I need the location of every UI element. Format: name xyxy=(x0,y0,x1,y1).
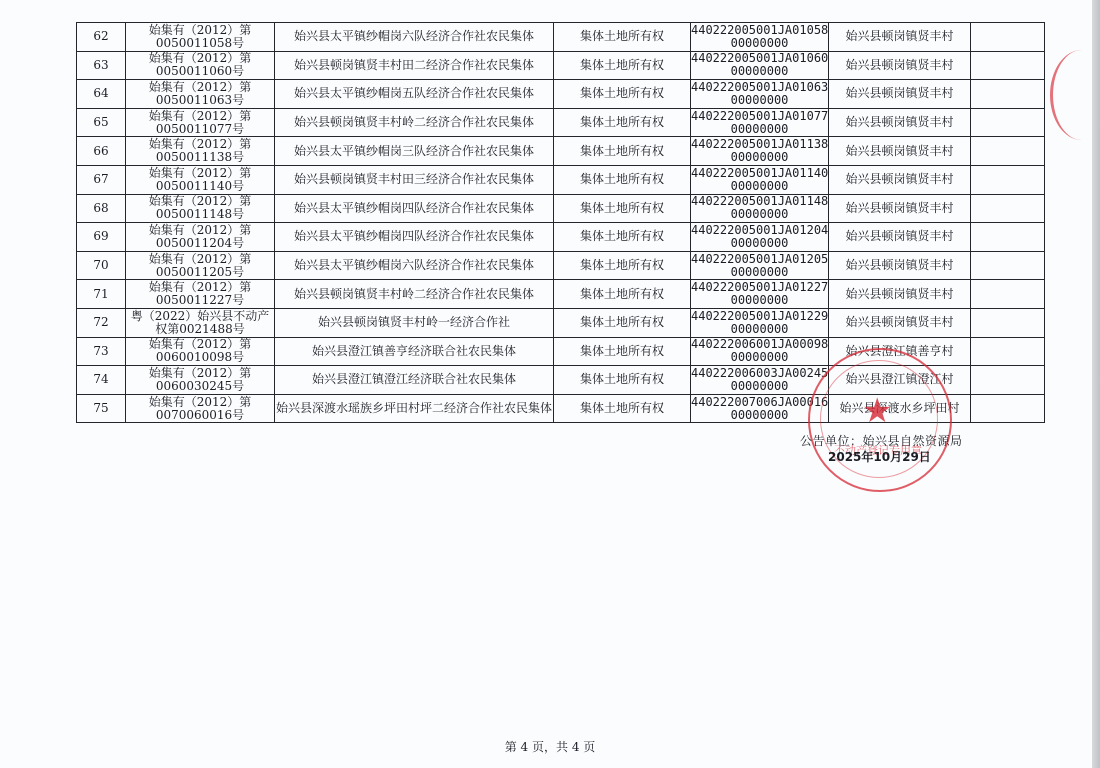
row-number: 73 xyxy=(77,337,126,366)
owner-name: 始兴县深渡水瑶族乡坪田村坪二经济合作社农民集体 xyxy=(275,394,554,423)
certificate-number: 始集有（2012）第 0070060016号 xyxy=(126,394,275,423)
remark xyxy=(971,51,1045,80)
land-ownership-table: 62 始集有（2012）第 0050011058号 始兴县太平镇纱帽岗六队经济合… xyxy=(76,22,1045,423)
certificate-number: 始集有（2012）第 0050011138号 xyxy=(126,137,275,166)
owner-name: 始兴县太平镇纱帽岗三队经济合作社农民集体 xyxy=(275,137,554,166)
certificate-number: 始集有（2012）第 0050011060号 xyxy=(126,51,275,80)
remark xyxy=(971,223,1045,252)
certificate-number: 始集有（2012）第 0050011058号 xyxy=(126,23,275,52)
owner-name: 始兴县澄江镇善亨经济联合社农民集体 xyxy=(275,337,554,366)
certificate-number: 粤（2022）始兴县不动产 权第0021488号 xyxy=(126,308,275,337)
location: 始兴县顿岗镇贤丰村 xyxy=(829,251,971,280)
row-number: 69 xyxy=(77,223,126,252)
table-row: 66 始集有（2012）第 0050011138号 始兴县太平镇纱帽岗三队经济合… xyxy=(77,137,1045,166)
remark xyxy=(971,280,1045,309)
unit-code: 440222005001JA01227W 00000000 xyxy=(691,280,829,309)
unit-code: 440222005001JA01205W 00000000 xyxy=(691,251,829,280)
announcing-unit: 公告单位：始兴县自然资源局 xyxy=(800,432,963,449)
row-number: 63 xyxy=(77,51,126,80)
location: 始兴县顿岗镇贤丰村 xyxy=(829,108,971,137)
row-number: 64 xyxy=(77,80,126,109)
certificate-number: 始集有（2012）第 0060010098号 xyxy=(126,337,275,366)
row-number: 75 xyxy=(77,394,126,423)
right-type: 集体土地所有权 xyxy=(554,165,691,194)
certificate-number: 始集有（2012）第 0050011063号 xyxy=(126,80,275,109)
remark xyxy=(971,108,1045,137)
page-indicator: 第 4 页，共 4 页 xyxy=(0,738,1100,755)
row-number: 68 xyxy=(77,194,126,223)
right-type: 集体土地所有权 xyxy=(554,51,691,80)
right-type: 集体土地所有权 xyxy=(554,280,691,309)
table-row: 70 始集有（2012）第 0050011205号 始兴县太平镇纱帽岗六队经济合… xyxy=(77,251,1045,280)
row-number: 67 xyxy=(77,165,126,194)
remark xyxy=(971,366,1045,395)
unit-code: 440222005001JA01063W 00000000 xyxy=(691,80,829,109)
location: 始兴县顿岗镇贤丰村 xyxy=(829,51,971,80)
unit-code: 440222005001JA01140W 00000000 xyxy=(691,165,829,194)
owner-name: 始兴县顿岗镇贤丰村岭二经济合作社农民集体 xyxy=(275,108,554,137)
unit-code: 440222006001JA00098W 00000000 xyxy=(691,337,829,366)
remark xyxy=(971,251,1045,280)
unit-code: 440222005001JA01077W 00000000 xyxy=(691,108,829,137)
owner-name: 始兴县太平镇纱帽岗四队经济合作社农民集体 xyxy=(275,194,554,223)
row-number: 74 xyxy=(77,366,126,395)
right-type: 集体土地所有权 xyxy=(554,23,691,52)
certificate-number: 始集有（2012）第 0050011205号 xyxy=(126,251,275,280)
unit-code: 440222005001JA01204W 00000000 xyxy=(691,223,829,252)
right-type: 集体土地所有权 xyxy=(554,137,691,166)
unit-code: 440222007006JA00016W 00000000 xyxy=(691,394,829,423)
location: 始兴县顿岗镇贤丰村 xyxy=(829,80,971,109)
row-number: 70 xyxy=(77,251,126,280)
unit-code: 440222005001JA01058W 00000000 xyxy=(691,23,829,52)
right-type: 集体土地所有权 xyxy=(554,394,691,423)
announcement-date: 2025年10月29日 xyxy=(828,448,931,465)
table-row: 62 始集有（2012）第 0050011058号 始兴县太平镇纱帽岗六队经济合… xyxy=(77,23,1045,52)
location: 始兴县顿岗镇贤丰村 xyxy=(829,308,971,337)
table-row: 69 始集有（2012）第 0050011204号 始兴县太平镇纱帽岗四队经济合… xyxy=(77,223,1045,252)
remark xyxy=(971,308,1045,337)
owner-name: 始兴县太平镇纱帽岗六队经济合作社农民集体 xyxy=(275,23,554,52)
location: 始兴县顿岗镇贤丰村 xyxy=(829,194,971,223)
right-type: 集体土地所有权 xyxy=(554,251,691,280)
table-row: 68 始集有（2012）第 0050011148号 始兴县太平镇纱帽岗四队经济合… xyxy=(77,194,1045,223)
right-type: 集体土地所有权 xyxy=(554,223,691,252)
location: 始兴县顿岗镇贤丰村 xyxy=(829,165,971,194)
scan-edge-shadow xyxy=(1092,0,1100,768)
owner-name: 始兴县顿岗镇贤丰村岭一经济合作社 xyxy=(275,308,554,337)
location: 始兴县顿岗镇贤丰村 xyxy=(829,280,971,309)
location: 始兴县顿岗镇贤丰村 xyxy=(829,23,971,52)
right-type: 集体土地所有权 xyxy=(554,366,691,395)
location: 始兴县澄江镇善亨村 xyxy=(829,337,971,366)
table-row: 71 始集有（2012）第 0050011227号 始兴县顿岗镇贤丰村岭二经济合… xyxy=(77,280,1045,309)
unit-code: 440222005001JA01138W 00000000 xyxy=(691,137,829,166)
location: 始兴县澄江镇澄江村 xyxy=(829,366,971,395)
remark xyxy=(971,137,1045,166)
table-body: 62 始集有（2012）第 0050011058号 始兴县太平镇纱帽岗六队经济合… xyxy=(77,23,1045,423)
remark xyxy=(971,80,1045,109)
table-row: 63 始集有（2012）第 0050011060号 始兴县顿岗镇贤丰村田二经济合… xyxy=(77,51,1045,80)
row-number: 65 xyxy=(77,108,126,137)
owner-name: 始兴县太平镇纱帽岗五队经济合作社农民集体 xyxy=(275,80,554,109)
right-type: 集体土地所有权 xyxy=(554,194,691,223)
row-number: 66 xyxy=(77,137,126,166)
row-number: 71 xyxy=(77,280,126,309)
owner-name: 始兴县顿岗镇贤丰村岭二经济合作社农民集体 xyxy=(275,280,554,309)
certificate-number: 始集有（2012）第 0050011140号 xyxy=(126,165,275,194)
right-type: 集体土地所有权 xyxy=(554,80,691,109)
table-row: 67 始集有（2012）第 0050011140号 始兴县顿岗镇贤丰村田三经济合… xyxy=(77,165,1045,194)
certificate-number: 始集有（2012）第 0050011077号 xyxy=(126,108,275,137)
unit-code: 440222005001JA01060W 00000000 xyxy=(691,51,829,80)
row-number: 72 xyxy=(77,308,126,337)
certificate-number: 始集有（2012）第 0050011204号 xyxy=(126,223,275,252)
owner-name: 始兴县太平镇纱帽岗四队经济合作社农民集体 xyxy=(275,223,554,252)
right-type: 集体土地所有权 xyxy=(554,337,691,366)
remark xyxy=(971,194,1045,223)
certificate-number: 始集有（2012）第 0050011227号 xyxy=(126,280,275,309)
unit-code: 440222005001JA01229W 00000000 xyxy=(691,308,829,337)
certificate-number: 始集有（2012）第 0050011148号 xyxy=(126,194,275,223)
right-type: 集体土地所有权 xyxy=(554,108,691,137)
table-row: 72 粤（2022）始兴县不动产 权第0021488号 始兴县顿岗镇贤丰村岭一经… xyxy=(77,308,1045,337)
owner-name: 始兴县顿岗镇贤丰村田二经济合作社农民集体 xyxy=(275,51,554,80)
unit-code: 440222005001JA01148W 00000000 xyxy=(691,194,829,223)
remark xyxy=(971,23,1045,52)
location: 始兴县顿岗镇贤丰村 xyxy=(829,137,971,166)
unit-code: 440222006003JA00245W 00000000 xyxy=(691,366,829,395)
table-row: 65 始集有（2012）第 0050011077号 始兴县顿岗镇贤丰村岭二经济合… xyxy=(77,108,1045,137)
owner-name: 始兴县澄江镇澄江经济联合社农民集体 xyxy=(275,366,554,395)
owner-name: 始兴县太平镇纱帽岗六队经济合作社农民集体 xyxy=(275,251,554,280)
table-row: 73 始集有（2012）第 0060010098号 始兴县澄江镇善亨经济联合社农… xyxy=(77,337,1045,366)
table-row: 64 始集有（2012）第 0050011063号 始兴县太平镇纱帽岗五队经济合… xyxy=(77,80,1045,109)
row-number: 62 xyxy=(77,23,126,52)
right-type: 集体土地所有权 xyxy=(554,308,691,337)
remark xyxy=(971,394,1045,423)
table-row: 74 始集有（2012）第 0060030245号 始兴县澄江镇澄江经济联合社农… xyxy=(77,366,1045,395)
location: 始兴县深渡水乡坪田村 xyxy=(829,394,971,423)
owner-name: 始兴县顿岗镇贤丰村田三经济合作社农民集体 xyxy=(275,165,554,194)
table-row: 75 始集有（2012）第 0070060016号 始兴县深渡水瑶族乡坪田村坪二… xyxy=(77,394,1045,423)
location: 始兴县顿岗镇贤丰村 xyxy=(829,223,971,252)
remark xyxy=(971,337,1045,366)
remark xyxy=(971,165,1045,194)
certificate-number: 始集有（2012）第 0060030245号 xyxy=(126,366,275,395)
